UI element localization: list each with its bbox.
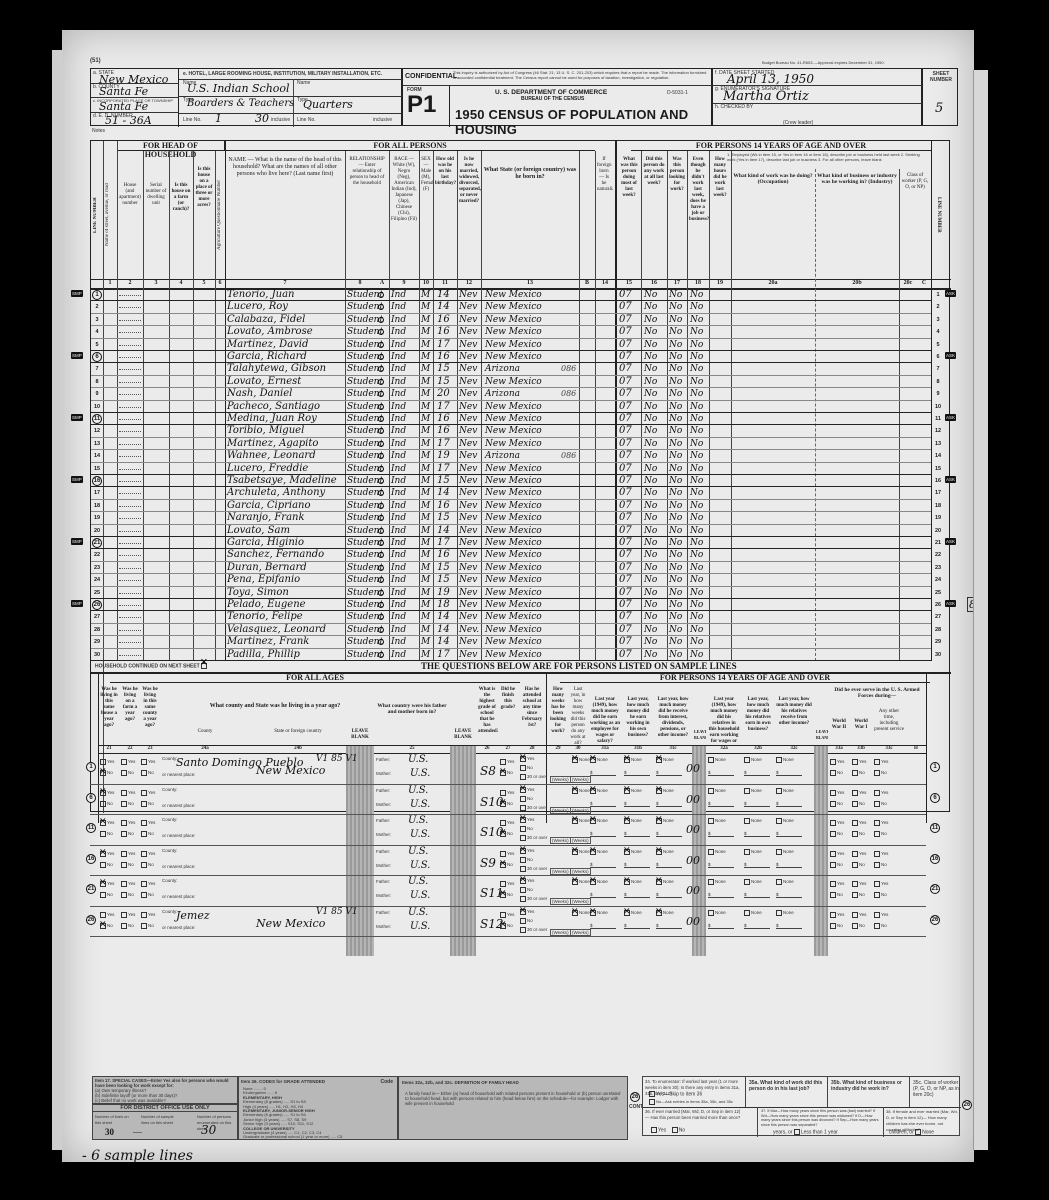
q27-yes-checkbox[interactable]: [500, 912, 506, 918]
q32b-none-checkbox[interactable]: [744, 849, 750, 855]
q27-yes-checkbox[interactable]: [500, 759, 506, 765]
q30-none-checkbox[interactable]: [572, 757, 578, 763]
q31b-none-checkbox[interactable]: [624, 879, 630, 885]
q33b-no-checkbox[interactable]: [852, 923, 858, 929]
q32c-amount[interactable]: $: [776, 770, 802, 776]
q32a-amount[interactable]: $: [708, 801, 734, 807]
q33c-yes-checkbox[interactable]: [874, 912, 880, 918]
q31a-amount[interactable]: $: [590, 801, 616, 807]
sample-line-number-right: 16: [930, 854, 940, 864]
q33c-yes-checkbox[interactable]: [874, 851, 880, 857]
q33a-yes: Yes: [830, 851, 844, 857]
q32b-amount[interactable]: $: [744, 831, 770, 837]
street-dots: [119, 568, 141, 569]
marital-status: Nev: [459, 475, 477, 487]
q31b-amount[interactable]: $: [624, 892, 650, 898]
q22-yes: Yes: [121, 759, 135, 765]
q33b-yes-checkbox[interactable]: [852, 851, 858, 857]
q22-no-checkbox[interactable]: [121, 923, 127, 929]
col-24b-header: State or foreign country: [250, 727, 346, 745]
q33b-no-checkbox[interactable]: [852, 892, 858, 898]
q32b-none-checkbox[interactable]: [744, 757, 750, 763]
q21-no-checkbox[interactable]: [100, 892, 106, 898]
line-to: 30: [255, 112, 269, 125]
q38-none-checkbox[interactable]: [915, 1129, 921, 1135]
col-31a-header: Last year (1949), how much money did he …: [588, 695, 622, 745]
q31a-none-checkbox[interactable]: [590, 879, 596, 885]
q33a-yes-checkbox[interactable]: [830, 851, 836, 857]
q27-no-checkbox[interactable]: [500, 831, 506, 837]
q32c-amount[interactable]: $: [776, 923, 802, 929]
household-continued-checkbox[interactable]: [201, 663, 207, 669]
sample-line-tag-right: ASK: [945, 352, 956, 359]
q33b-yes-checkbox[interactable]: [852, 759, 858, 765]
q32b-amount[interactable]: $: [744, 892, 770, 898]
q31b-amount[interactable]: $: [624, 770, 650, 776]
activity-code: 07: [619, 351, 632, 363]
activity-code: 07: [619, 376, 632, 388]
q33b-no-checkbox[interactable]: [852, 770, 858, 776]
q31b-amount[interactable]: $: [624, 831, 650, 837]
q28-over-label: 30 or over: [527, 927, 547, 932]
leave-blank-circle: [378, 540, 384, 546]
q32c-none-checkbox[interactable]: [776, 818, 782, 824]
q32c-amount[interactable]: $: [776, 892, 802, 898]
q31b-none-checkbox[interactable]: [624, 788, 630, 794]
q32b-none-checkbox[interactable]: [744, 879, 750, 885]
q21-no-checkbox[interactable]: [100, 862, 106, 868]
q33a-yes-checkbox[interactable]: [830, 881, 836, 887]
q31b-none-label: None: [631, 757, 642, 762]
q33b-no-checkbox[interactable]: [852, 801, 858, 807]
q31b-none: None: [624, 910, 642, 916]
activity-code: 07: [619, 537, 632, 549]
q36-yes-checkbox[interactable]: [651, 1127, 657, 1133]
q33c-yes-checkbox[interactable]: [874, 881, 880, 887]
q23-no-label: No: [148, 923, 154, 928]
q23-no-checkbox[interactable]: [141, 801, 147, 807]
q31c-none-checkbox[interactable]: [656, 757, 662, 763]
q21-yes-checkbox[interactable]: [100, 912, 106, 918]
q31c-amount[interactable]: $: [656, 770, 682, 776]
q28-yes-checkbox[interactable]: [520, 756, 526, 762]
q18-has-job: No: [690, 326, 703, 338]
q28-over-checkbox[interactable]: [520, 927, 526, 933]
q31a-amount[interactable]: $: [590, 923, 616, 929]
q32c-none-checkbox[interactable]: [776, 910, 782, 916]
sex: M: [421, 326, 430, 338]
q28-no-checkbox[interactable]: [520, 796, 526, 802]
q27-yes: Yes: [500, 820, 514, 826]
institution-label: e. HOTEL, LARGE ROOMING HOUSE, INSTITUTI…: [183, 71, 382, 77]
q33b-yes-checkbox[interactable]: [852, 881, 858, 887]
sample-column-number-32b: 32b: [742, 746, 774, 751]
sample-column-number-24b: 24b: [250, 746, 346, 751]
q33b-no-checkbox[interactable]: [852, 862, 858, 868]
q32c-none-checkbox[interactable]: [776, 788, 782, 794]
q33a-yes-checkbox[interactable]: [830, 912, 836, 918]
state-value: New Mexico: [256, 764, 325, 777]
q31a-none-checkbox[interactable]: [590, 788, 596, 794]
q22-yes-checkbox[interactable]: [121, 790, 127, 796]
num-lines: 30: [105, 1127, 114, 1137]
q23-no-checkbox[interactable]: [141, 770, 147, 776]
q33a-yes-checkbox[interactable]: [830, 790, 836, 796]
sample-rows: 11YesNoYesNoYesNoCounty:or nearest place…: [90, 754, 950, 944]
q28-no: No: [520, 765, 533, 771]
q28-yes-checkbox[interactable]: [520, 878, 526, 884]
q33c-yes-checkbox[interactable]: [874, 759, 880, 765]
age: 15: [437, 574, 450, 586]
q23-no-checkbox[interactable]: [141, 923, 147, 929]
table-row: SMPASK66Garcia, RichardStudentIndM16NevN…: [91, 351, 931, 363]
q16-worked: No: [644, 525, 657, 537]
q32a-none: None: [708, 849, 726, 855]
street-dots: [119, 431, 141, 432]
q32a-amount[interactable]: $: [708, 831, 734, 837]
q22-no-label: No: [128, 892, 134, 897]
father-label: Father:: [376, 757, 390, 762]
q18-has-job: No: [690, 487, 703, 499]
q28-yes-checkbox[interactable]: [520, 848, 526, 854]
q16-worked: No: [644, 611, 657, 623]
q32a-none-checkbox[interactable]: [708, 879, 714, 885]
age: 15: [437, 512, 450, 524]
q23-yes-checkbox[interactable]: [141, 790, 147, 796]
q18-has-job: No: [690, 376, 703, 388]
sample-section-title: THE QUESTIONS BELOW ARE FOR PERSONS LIST…: [421, 661, 737, 671]
q31b-none-checkbox[interactable]: [624, 818, 630, 824]
q22-yes-label: Yes: [128, 851, 135, 856]
family-head-text: A family head is— Either (a) head of hou…: [399, 1089, 627, 1108]
age: 15: [437, 562, 450, 574]
street-dots: [119, 555, 141, 556]
q33a-yes-checkbox[interactable]: [830, 820, 836, 826]
q33a-no-checkbox[interactable]: [830, 862, 836, 868]
q38-options: children, or None: [889, 1129, 934, 1135]
table-row: 55Martinez, DavidStudentIndM17NevNew Mex…: [91, 339, 931, 351]
line-number: 25: [91, 590, 103, 596]
sample-column-number-31b: 31b: [622, 746, 654, 751]
q31b-amount[interactable]: $: [624, 862, 650, 868]
q34-yes-label: Yes—Skip to item 36: [656, 1091, 702, 1097]
q28-no-label: No: [527, 826, 533, 831]
q31c-none-checkbox[interactable]: [656, 849, 662, 855]
q32a-amount[interactable]: $: [708, 892, 734, 898]
q22-yes-checkbox[interactable]: [121, 759, 127, 765]
table-row: 2929Martinez, FrankStudentIndM14NevNew M…: [91, 636, 931, 648]
q32a-amount[interactable]: $: [708, 923, 734, 929]
q23-yes-checkbox[interactable]: [141, 820, 147, 826]
sample-column-number-33c: 33c: [872, 746, 906, 751]
q28-yes-label: Yes: [527, 756, 534, 761]
q27-no-checkbox[interactable]: [500, 801, 506, 807]
q33b-no-checkbox[interactable]: [852, 831, 858, 837]
sex: M: [421, 289, 430, 301]
q31c-none-checkbox[interactable]: [656, 788, 662, 794]
q36-no-checkbox[interactable]: [672, 1127, 678, 1133]
q28-no-checkbox[interactable]: [520, 826, 526, 832]
q22-no-checkbox[interactable]: [121, 801, 127, 807]
q33c-no-checkbox[interactable]: [874, 770, 880, 776]
institution-name2-label: Name: [297, 80, 310, 86]
q27-no-checkbox[interactable]: [500, 892, 506, 898]
q33a-no-checkbox[interactable]: [830, 770, 836, 776]
q21-yes-checkbox[interactable]: [100, 851, 106, 857]
q33c-yes-label: Yes: [881, 912, 888, 917]
q33c-no-checkbox[interactable]: [874, 862, 880, 868]
q31a-amount[interactable]: $: [590, 892, 616, 898]
q28-yes-checkbox[interactable]: [520, 817, 526, 823]
q32c-amount[interactable]: $: [776, 831, 802, 837]
q28-over-checkbox[interactable]: [520, 805, 526, 811]
q27-no-checkbox[interactable]: [500, 862, 506, 868]
q23-no-checkbox[interactable]: [141, 831, 147, 837]
col-16-header: Did this person do any work at all last …: [641, 155, 667, 279]
q23-no-label: No: [148, 892, 154, 897]
q31a-none-checkbox[interactable]: [590, 849, 596, 855]
q33a-yes-checkbox[interactable]: [830, 759, 836, 765]
q23-no-checkbox[interactable]: [141, 862, 147, 868]
q28-no-checkbox[interactable]: [520, 857, 526, 863]
q22-yes-checkbox[interactable]: [121, 851, 127, 857]
birthplace: New Mexico: [485, 624, 542, 636]
q32b-amount[interactable]: $: [744, 801, 770, 807]
line-number: 12: [91, 428, 103, 434]
q23-yes-checkbox[interactable]: [141, 759, 147, 765]
sample-column-number-30: 30: [568, 746, 588, 751]
q31a-amount[interactable]: $: [590, 770, 616, 776]
q27-yes-label: Yes: [507, 912, 514, 917]
q27-no-checkbox[interactable]: [500, 770, 506, 776]
q21-no-checkbox[interactable]: [100, 923, 106, 929]
q34-no-checkbox[interactable]: [649, 1099, 655, 1105]
q33a-yes-label: Yes: [837, 881, 844, 886]
q31a-none-checkbox[interactable]: [590, 757, 596, 763]
q31b-amount[interactable]: $: [624, 923, 650, 929]
bureau: BUREAU OF THE CENSUS: [521, 96, 584, 102]
q21-no-checkbox[interactable]: [100, 831, 106, 837]
q28-yes-checkbox[interactable]: [520, 909, 526, 915]
street-dots: [119, 444, 141, 445]
q34-yes-checkbox[interactable]: [649, 1091, 655, 1097]
sample-column-number-29: 29: [548, 746, 568, 751]
q22-no-checkbox[interactable]: [121, 892, 127, 898]
person-name: Martinez, Agapito: [227, 438, 318, 450]
q31c-none-checkbox[interactable]: [656, 910, 662, 916]
q31a-amount[interactable]: $: [590, 831, 616, 837]
q31b-amount[interactable]: $: [624, 801, 650, 807]
nearest-place-label: or nearest place:: [162, 803, 196, 808]
q18-has-job: No: [690, 587, 703, 599]
q31b-none-checkbox[interactable]: [624, 910, 630, 916]
column-number-5: 5: [193, 280, 215, 286]
line-number-right: 10: [932, 404, 944, 410]
q31a-amount[interactable]: $: [590, 862, 616, 868]
q33c-yes-label: Yes: [881, 881, 888, 886]
col-10-sex-header: SEX — Male (M), Female (F): [419, 155, 433, 279]
q23-no: No: [141, 862, 154, 868]
activity-code: 07: [619, 649, 632, 661]
income-code-f: 00: [686, 762, 700, 775]
q31a-none-checkbox[interactable]: [590, 818, 596, 824]
q28-no-checkbox[interactable]: [520, 918, 526, 924]
q31b-none-checkbox[interactable]: [624, 849, 630, 855]
q23-yes-checkbox[interactable]: [141, 912, 147, 918]
q30-none-checkbox[interactable]: [572, 818, 578, 824]
q33a-no-checkbox[interactable]: [830, 831, 836, 837]
q32a-none-checkbox[interactable]: [708, 818, 714, 824]
q22-yes-label: Yes: [128, 820, 135, 825]
race: Ind: [391, 512, 406, 524]
q32c-none-label: None: [783, 788, 794, 793]
person-name: Naranjo, Frank: [227, 512, 305, 524]
col-28-header: Has he attended school at any time since…: [518, 685, 546, 745]
q33c-yes-checkbox[interactable]: [874, 790, 880, 796]
q33b-yes-checkbox[interactable]: [852, 820, 858, 826]
q33c-no-checkbox[interactable]: [874, 923, 880, 929]
q33c-yes-checkbox[interactable]: [874, 820, 880, 826]
q23-no: No: [141, 923, 154, 929]
q32a-none-checkbox[interactable]: [708, 849, 714, 855]
q31c-amount[interactable]: $: [656, 831, 682, 837]
q27-yes-checkbox[interactable]: [500, 790, 506, 796]
q33a-no-label: No: [837, 831, 843, 836]
q32b-amount[interactable]: $: [744, 770, 770, 776]
line-number: 5: [91, 342, 103, 348]
q32a-amount[interactable]: $: [708, 862, 734, 868]
q31b-none-label: None: [631, 849, 642, 854]
q31c-amount[interactable]: $: [656, 862, 682, 868]
q32c-none-checkbox[interactable]: [776, 849, 782, 855]
q27-no: No: [500, 923, 513, 929]
sample-column-number-31a: 31a: [588, 746, 622, 751]
q30-none-checkbox[interactable]: [572, 788, 578, 794]
sample-row: 2626YesNoYesNoYesNoCounty:or nearest pla…: [90, 907, 926, 938]
q21-yes-checkbox[interactable]: [100, 881, 106, 887]
q32a-amount[interactable]: $: [708, 770, 734, 776]
q32b-none-checkbox[interactable]: [744, 818, 750, 824]
q31c-none-label: None: [663, 818, 674, 823]
district-office-box: FOR DISTRICT OFFICE USE ONLY Number of l…: [92, 1104, 238, 1140]
q33a-no-checkbox[interactable]: [830, 923, 836, 929]
q28-over-checkbox[interactable]: [520, 774, 526, 780]
q32b-amount[interactable]: $: [744, 923, 770, 929]
q28-over-checkbox[interactable]: [520, 835, 526, 841]
birthplace: New Mexico: [485, 487, 542, 499]
q28-no-checkbox[interactable]: [520, 765, 526, 771]
q31c-amount[interactable]: $: [656, 892, 682, 898]
q27-yes-checkbox[interactable]: [500, 851, 506, 857]
q22-no-checkbox[interactable]: [121, 770, 127, 776]
q22-no-checkbox[interactable]: [121, 831, 127, 837]
q31c-amount[interactable]: $: [656, 923, 682, 929]
q32c-none-checkbox[interactable]: [776, 757, 782, 763]
q33c-no-checkbox[interactable]: [874, 831, 880, 837]
q21-yes-checkbox[interactable]: [100, 759, 106, 765]
sample-column-number-28: 28: [518, 746, 546, 751]
q31a-none-checkbox[interactable]: [590, 910, 596, 916]
q32c-none: None: [776, 788, 794, 794]
q27-no-checkbox[interactable]: [500, 923, 506, 929]
q33b-yes-checkbox[interactable]: [852, 790, 858, 796]
q30-none-checkbox[interactable]: [572, 879, 578, 885]
q16-worked: No: [644, 649, 657, 661]
q21-yes-checkbox[interactable]: [100, 790, 106, 796]
q31b-none-label: None: [631, 910, 642, 915]
col-14-naturalized-header: If foreign born— Is he naturalized?: [595, 155, 613, 279]
q32a-none-checkbox[interactable]: [708, 910, 714, 916]
q21-no-checkbox[interactable]: [100, 770, 106, 776]
q28-over-checkbox[interactable]: [520, 866, 526, 872]
q32c-amount[interactable]: $: [776, 801, 802, 807]
q21-yes-checkbox[interactable]: [100, 820, 106, 826]
line-no-label: Line No.: [183, 117, 202, 123]
q33b-yes-label: Yes: [859, 851, 866, 856]
q32a-none-checkbox[interactable]: [708, 757, 714, 763]
q31c-none-checkbox[interactable]: [656, 818, 662, 824]
q22-yes-checkbox[interactable]: [121, 881, 127, 887]
leave-blank-circle: [378, 428, 384, 434]
q32a-none-checkbox[interactable]: [708, 788, 714, 794]
q28-over-checkbox[interactable]: [520, 896, 526, 902]
street-dots: [119, 456, 141, 457]
q27-yes-checkbox[interactable]: [500, 820, 506, 826]
q36-no-label: No: [679, 1127, 685, 1133]
q33c-no-checkbox[interactable]: [874, 892, 880, 898]
nearest-place-label: or nearest place:: [162, 833, 196, 838]
q37-less-checkbox[interactable]: [794, 1129, 800, 1135]
q33c-no-checkbox[interactable]: [874, 801, 880, 807]
q32c-amount[interactable]: $: [776, 862, 802, 868]
q31c-none-checkbox[interactable]: [656, 879, 662, 885]
q33a-no-checkbox[interactable]: [830, 892, 836, 898]
col-26-header: What is the highest grade of school that…: [476, 685, 498, 745]
leave-blank-circle: [378, 552, 384, 558]
q23-yes-checkbox[interactable]: [141, 851, 147, 857]
q22-yes-checkbox[interactable]: [121, 912, 127, 918]
q33a-no-checkbox[interactable]: [830, 801, 836, 807]
q16-worked: No: [644, 376, 657, 388]
q32c-none-checkbox[interactable]: [776, 879, 782, 885]
race: Ind: [391, 289, 406, 301]
q17-looking: No: [669, 487, 682, 499]
q22-no-checkbox[interactable]: [121, 862, 127, 868]
q28-no-checkbox[interactable]: [520, 887, 526, 893]
q30-none-checkbox[interactable]: [572, 849, 578, 855]
q33b-yes-checkbox[interactable]: [852, 912, 858, 918]
sample-column-number-26: 26: [476, 746, 498, 751]
age: 17: [437, 401, 450, 413]
q27-yes-checkbox[interactable]: [500, 881, 506, 887]
q23-no-checkbox[interactable]: [141, 892, 147, 898]
q28-yes-checkbox[interactable]: [520, 787, 526, 793]
column-number-b: B: [579, 280, 595, 286]
q31c-amount[interactable]: $: [656, 801, 682, 807]
q32b-none-checkbox[interactable]: [744, 910, 750, 916]
q32a-none-label: None: [715, 849, 726, 854]
person-name: Pelado, Eugene: [227, 599, 306, 611]
table-row: 1212Toribio, MiguelStudentIndM16NevNew M…: [91, 425, 931, 437]
q22-yes-checkbox[interactable]: [121, 820, 127, 826]
q32b-none-checkbox[interactable]: [744, 788, 750, 794]
q21-no-checkbox[interactable]: [100, 801, 106, 807]
age: 16: [437, 326, 450, 338]
q23-yes-checkbox[interactable]: [141, 881, 147, 887]
q31b-none-checkbox[interactable]: [624, 757, 630, 763]
q32b-amount[interactable]: $: [744, 862, 770, 868]
q30-none-checkbox[interactable]: [572, 910, 578, 916]
